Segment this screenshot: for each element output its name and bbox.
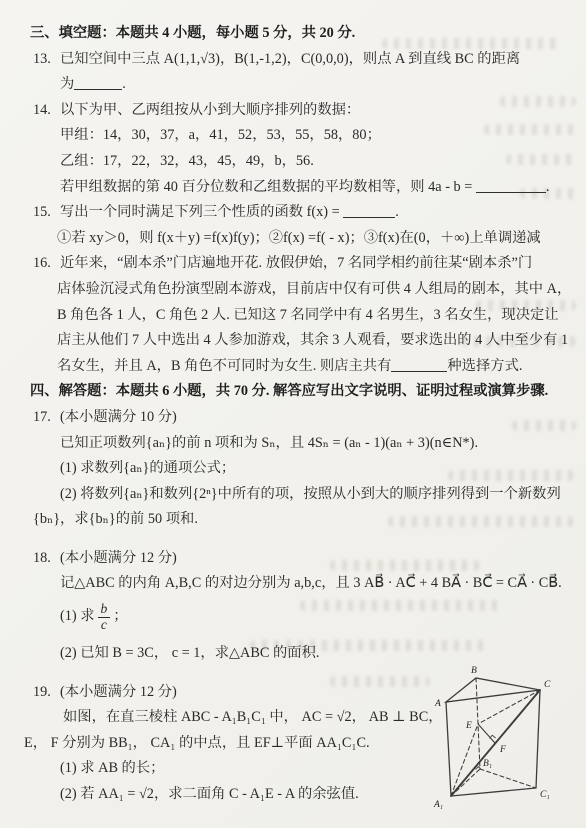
answer-blank (476, 179, 546, 193)
vertex-label-B1: B₁ (483, 759, 492, 769)
question-18-score: (本小题满分 12 分) (60, 550, 177, 566)
vertex-label-B: B (471, 666, 477, 676)
question-18-part-1-suffix: ； (113, 597, 127, 635)
question-17-text: 已知正项数列{aₙ}的前 n 项和为 Sₙ，且 4Sₙ = (aₙ - 1)(a… (60, 435, 478, 451)
segment-A1-E-hidden (451, 724, 478, 796)
question-18-number: 18. (33, 546, 60, 572)
question-17-part-1-text: (1) 求数列{aₙ}的通项公式； (60, 460, 235, 476)
question-17-part-1: (1) 求数列{aₙ}的通项公式； (0, 456, 586, 482)
question-15-text-prefix: 写出一个同时满足下列三个性质的函数 f(x) = (60, 204, 340, 220)
question-19-text-cont: E， F 分别为 BB₁， CA₁ 的中点，且 EF⊥平面 AA₁C₁C. (24, 735, 370, 751)
question-14-group-a-data: 甲组：14，30，37，a，41，52，53，55，58，80； (0, 123, 586, 149)
prism-figure-svg: A B C E F A₁ B₁ C₁ (433, 664, 586, 826)
question-16-text: 店主从他们 7 人中选出 4 人参加游戏，其余 3 人观看，要求选出的 4 人中… (57, 332, 568, 348)
question-19-score: (本小题满分 12 分) (60, 684, 177, 700)
question-19-number: 19. (33, 680, 60, 706)
prism-top-face (446, 678, 540, 702)
answer-blank (343, 204, 395, 218)
question-17-part-2-text: (2) 将数列{aₙ}和数列{2ⁿ}中所有的项，按照从小到大的顺序排列得到一个新… (60, 486, 561, 502)
section-fill-blank-header-text: 三、填空题：本题共 4 小题，每小题 5 分，共 20 分. (30, 25, 355, 41)
question-18-text: 记△ABC 的内角 A,B,C 的对边分别为 a,b,c，且 3 AB⃗ · A… (60, 575, 562, 591)
question-16-text: B 角色各 1 人，C 角色 2 人. 已知这 7 名同学中有 4 名男生，3 … (57, 307, 559, 323)
question-15-properties-text: ①若 xy＞0，则 f(x＋y) =f(x)f(y)；②f(x) =f( - x… (57, 230, 541, 246)
edge-A1-C1 (451, 788, 536, 796)
question-17-line-1: 17.(本小题满分 10 分) (0, 405, 586, 431)
question-16-line-1: 16.近年来，“剧本杀”门店遍地开花. 放假伊始，7 名同学相约前往某“剧本杀”… (0, 251, 586, 277)
question-18-part-2-text: (2) 已知 B = 3C， c = 1，求△ABC 的面积. (60, 645, 319, 661)
question-13-text-prefix: 为 (60, 76, 74, 92)
question-14-number: 14. (33, 98, 60, 124)
prism-figure: A B C E F A₁ B₁ C₁ (433, 664, 586, 826)
question-16-text-suffix: 种选择方式. (447, 358, 522, 374)
question-16-number: 16. (33, 251, 60, 277)
question-16-text: 近年来，“剧本杀”门店遍地开花. 放假伊始，7 名同学相约前往某“剧本杀”门 (60, 255, 532, 271)
question-19-part-2-text: (2) 若 AA₁ = √2，求二面角 C - A₁E - A 的余弦值. (60, 786, 359, 802)
question-13-text-suffix: . (122, 76, 126, 92)
question-13-number: 13. (33, 47, 60, 73)
question-17-line-2: 已知正项数列{aₙ}的前 n 项和为 Sₙ，且 4Sₙ = (aₙ - 1)(a… (0, 431, 586, 457)
question-16-line-4: 店主从他们 7 人中选出 4 人参加游戏，其余 3 人观看，要求选出的 4 人中… (0, 328, 586, 354)
question-18-part-1: (1) 求 b c ； (0, 597, 586, 635)
question-15-properties: ①若 xy＞0，则 f(x＋y) =f(x)f(y)；②f(x) =f( - x… (0, 226, 586, 252)
vertex-label-F: F (499, 745, 506, 755)
section-fill-blank-header: 三、填空题：本题共 4 小题，每小题 5 分，共 20 分. (0, 21, 586, 47)
question-14-text-suffix: . (546, 179, 550, 195)
question-17-part-2-cont-text: {bₙ}，求{bₙ}的前 50 项和. (33, 511, 198, 527)
section-answer-header: 四、解答题：本题共 6 小题，共 70 分. 解答应写出文字说明、证明过程或演算… (0, 379, 586, 405)
question-14-text: 以下为甲、乙两组按从小到大顺序排列的数据： (60, 102, 360, 118)
question-19-text: 如图，在直三棱柱 ABC - A₁B₁C₁ 中， AC = √2， AB ⊥ B… (63, 709, 443, 725)
question-18-part-2: (2) 已知 B = 3C， c = 1，求△ABC 的面积. (0, 641, 586, 667)
question-15-line-1: 15.写出一个同时满足下列三个性质的函数 f(x) = . (0, 200, 586, 226)
fraction-numerator: b (98, 602, 111, 617)
question-14-line-4: 若甲组数据的第 40 百分位数和乙组数据的平均数相等，则 4a - b = . (0, 175, 586, 201)
segment-E-F (478, 724, 495, 743)
fraction-denominator: c (98, 618, 110, 632)
group-a-values: 甲组：14，30，37，a，41，52，53，55，58，80； (60, 127, 381, 143)
question-13-text: 已知空间中三点 A(1,1,√3)，B(1,-1,2)，C(0,0,0)，则点 … (60, 51, 520, 67)
question-16-line-5: 名女生，并且 A，B 角色不可同时为女生. 则店主共有种选择方式. (0, 354, 586, 380)
vertex-label-A: A (434, 699, 441, 709)
segment-C-E-hidden (478, 690, 540, 724)
edge-C-C1 (536, 690, 540, 788)
vertex-label-E: E (465, 721, 472, 731)
question-14-text-prefix: 若甲组数据的第 40 百分位数和乙组数据的平均数相等，则 4a - b = (60, 179, 472, 195)
question-13-line-2: 为. (0, 72, 586, 98)
question-17-score: (本小题满分 10 分) (60, 409, 177, 425)
edge-A-A1 (446, 702, 451, 796)
question-18-line-2: 记△ABC 的内角 A,B,C 的对边分别为 a,b,c，且 3 AB⃗ · A… (0, 571, 586, 597)
question-14-group-b-data: 乙组：17，22，32，43，45，49，b，56. (0, 149, 586, 175)
vertex-label-A1: A₁ (433, 800, 443, 810)
question-17-part-2-cont: {bₙ}，求{bₙ}的前 50 项和. (0, 507, 586, 533)
question-15-text-suffix: . (395, 204, 399, 220)
question-18-line-1: 18.(本小题满分 12 分) (0, 546, 586, 572)
vertex-label-C1: C₁ (540, 790, 550, 800)
question-16-text: 店体验沉浸式角色扮演型剧本游戏，目前店中仅有可供 4 人组局的剧本，其中 A， (57, 281, 571, 297)
question-14-line-1: 14.以下为甲、乙两组按从小到大顺序排列的数据： (0, 98, 586, 124)
scanned-exam-page: 三、填空题：本题共 4 小题，每小题 5 分，共 20 分. 13.已知空间中三… (0, 0, 586, 828)
question-19-part-1-text: (1) 求 AB 的长； (60, 760, 164, 776)
question-18-part-1-prefix: (1) 求 (60, 597, 95, 635)
fraction-b-over-c: b c (98, 602, 111, 631)
group-b-values: 乙组：17，22，32，43，45，49，b，56. (60, 153, 314, 169)
question-16-line-3: B 角色各 1 人，C 角色 2 人. 已知这 7 名同学中有 4 名男生，3 … (0, 303, 586, 329)
question-17-part-2: (2) 将数列{aₙ}和数列{2ⁿ}中所有的项，按照从小到大的顺序排列得到一个新… (0, 482, 586, 508)
question-13-line-1: 13.已知空间中三点 A(1,1,√3)，B(1,-1,2)，C(0,0,0)，… (0, 47, 586, 73)
answer-blank (391, 358, 447, 372)
section-answer-header-text: 四、解答题：本题共 6 小题，共 70 分. 解答应写出文字说明、证明过程或演算… (30, 383, 548, 399)
question-15-number: 15. (33, 200, 60, 226)
question-16-line-2: 店体验沉浸式角色扮演型剧本游戏，目前店中仅有可供 4 人组局的剧本，其中 A， (0, 277, 586, 303)
edge-B1-C1-hidden (480, 769, 536, 788)
question-16-text-prefix: 名女生，并且 A，B 角色不可同时为女生. 则店主共有 (57, 358, 391, 374)
right-angle-mark-F (490, 735, 496, 738)
answer-blank (74, 76, 122, 90)
question-17-number: 17. (33, 405, 60, 431)
vertex-label-C: C (544, 680, 551, 690)
